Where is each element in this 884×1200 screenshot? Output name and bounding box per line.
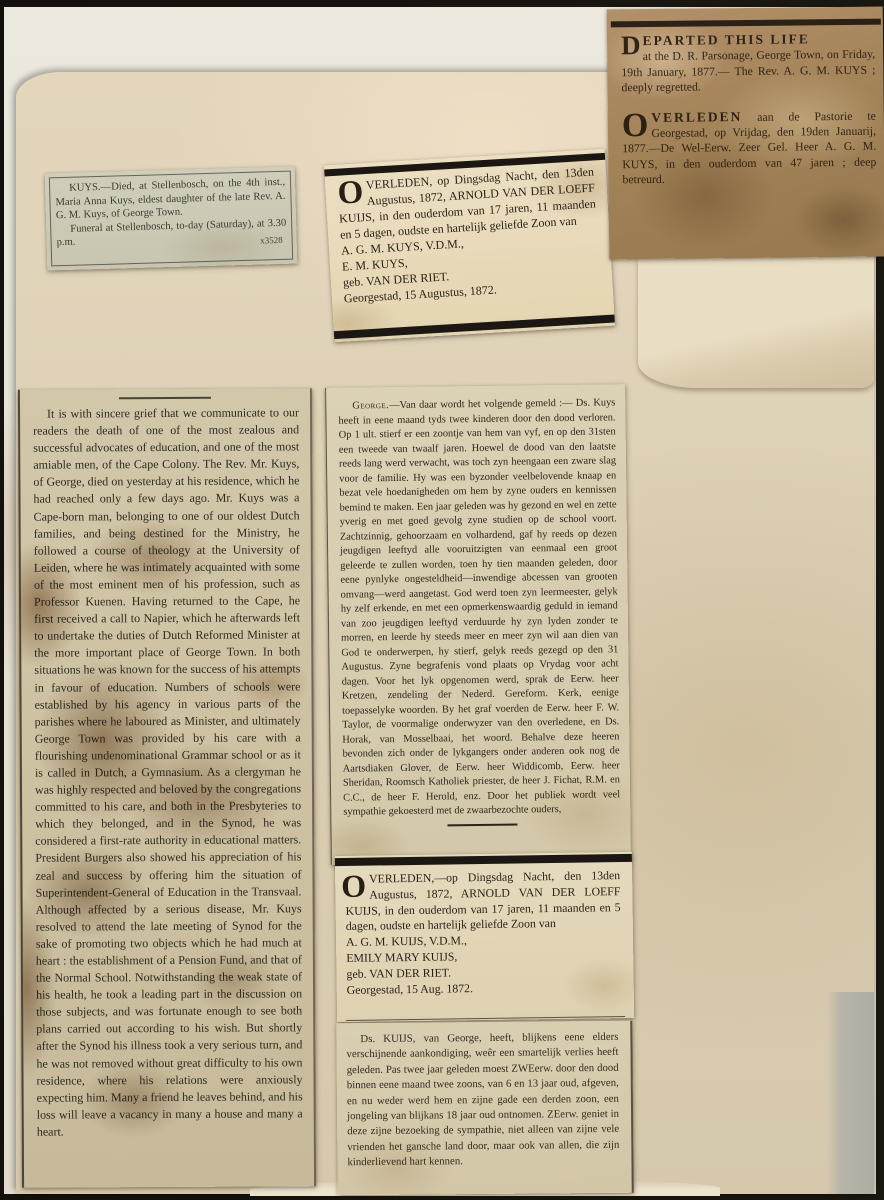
clipping-overleden-1872-b: OVERLEDEN,—op Dingsdag Nacht, den 13den … xyxy=(335,852,634,1022)
george-lead: George. xyxy=(352,400,389,411)
departed-body: at the D. R. Parsonage, George Town, on … xyxy=(621,47,875,94)
drop-cap-o: O xyxy=(341,874,366,899)
torn-paper-corner xyxy=(638,256,874,388)
dateline: Georgestad, 15 Aug. 1872. xyxy=(347,979,622,999)
clipping-stellenbosch-notice: KUYS.—Died, at Stellenbosch, on the 4th … xyxy=(45,167,298,271)
separator-rule xyxy=(447,823,517,826)
clipping-overleden-1872-a: OVERLEDEN, op Dingsdag Nacht, den 13den … xyxy=(324,149,615,342)
loss-note-text: Ds. KUIJS, van George, heeft, blijkens e… xyxy=(346,1030,619,1171)
departed-heading: EPARTED THIS LIFE xyxy=(642,31,809,48)
drop-cap-o: O xyxy=(337,179,364,206)
funeral-text: Funeral at Stellenbosch, to-day (Saturda… xyxy=(56,217,287,251)
clipping-english-obituary: It is with sincere grief that we communi… xyxy=(18,388,316,1188)
column-rule-top xyxy=(335,854,632,866)
page-edge-shadow xyxy=(826,992,874,1194)
drop-cap-o: O xyxy=(622,112,649,139)
george-report-text: George.—Van daar wordt het volgende geme… xyxy=(338,396,620,820)
clipping-george-report: George.—Van daar wordt het volgende geme… xyxy=(325,384,631,865)
clipping-ds-kuijs-loss: Ds. KUIJS, van George, heeft, blijkens e… xyxy=(336,1021,633,1196)
notice-text: KUYS.—Died, at Stellenbosch, on the 4th … xyxy=(55,176,286,223)
overleden-body: OVERLEDEN,—op Dingsdag Nacht, den 13den … xyxy=(345,868,621,935)
column-rule-top xyxy=(611,19,882,28)
photo-backdrop: KUYS.—Died, at Stellenbosch, on the 4th … xyxy=(0,0,884,1200)
clipping-departed-1877: DEPARTED THIS LIFE at the D. R. Parsonag… xyxy=(607,7,884,260)
overleden-1877-notice: OVERLEDEN aan de Pastorie te Georgestad,… xyxy=(622,107,877,188)
departed-notice: DEPARTED THIS LIFE at the D. R. Parsonag… xyxy=(621,31,876,96)
overleden-heading: VERLEDEN xyxy=(651,109,742,125)
obituary-text: It is with sincere grief that we communi… xyxy=(33,404,303,1140)
drop-cap-d: D xyxy=(621,34,641,56)
advert-reference-number: x3528 xyxy=(260,234,283,248)
separator-rule xyxy=(119,397,211,399)
